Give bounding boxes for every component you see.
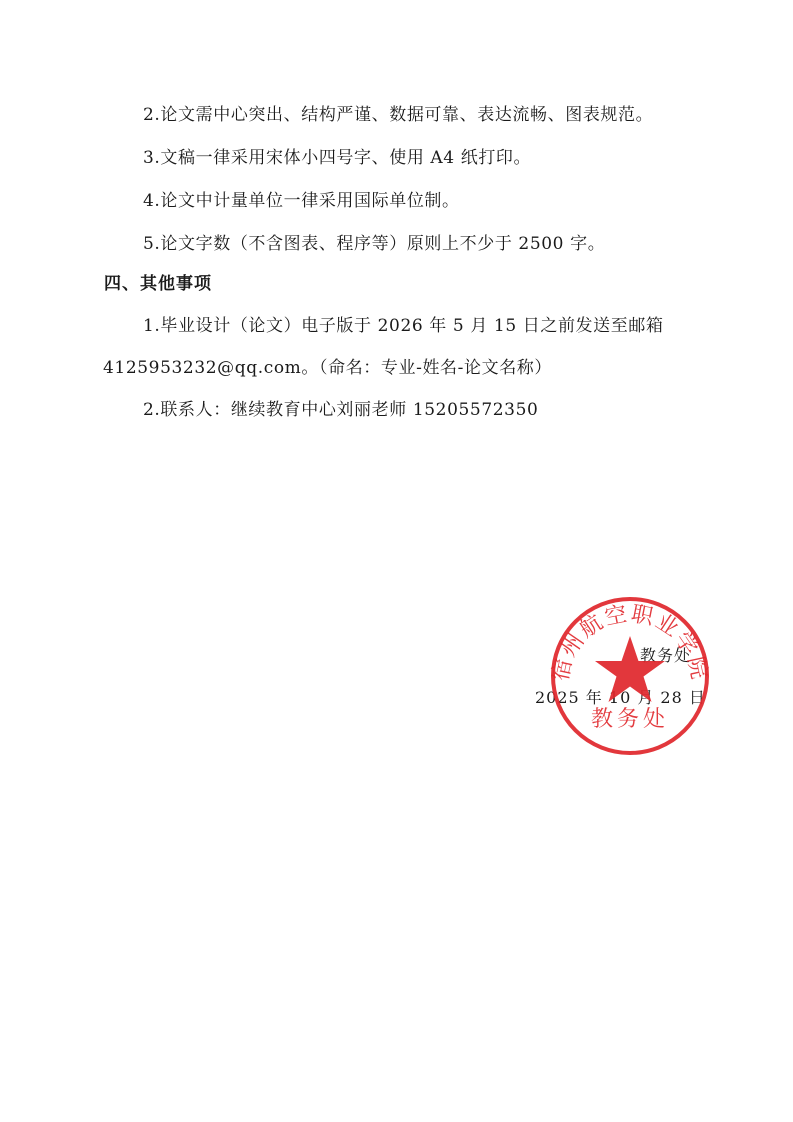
other-item-1-line-1: 1.毕业设计（论文）电子版于 2026 年 5 月 15 日之前发送至邮箱 bbox=[143, 315, 664, 337]
requirement-item-3: 3.文稿一律采用宋体小四号字、使用 A4 纸打印。 bbox=[143, 147, 531, 169]
section-heading-other-matters: 四、其他事项 bbox=[104, 273, 212, 295]
requirement-item-2: 2.论文需中心突出、结构严谨、数据可靠、表达流畅、图表规范。 bbox=[143, 104, 653, 126]
other-item-1-line-2: 4125953232@qq.com。（命名：专业-姓名-论文名称） bbox=[103, 357, 552, 379]
requirement-item-5: 5.论文字数（不含图表、程序等）原则上不少于 2500 字。 bbox=[143, 233, 605, 255]
requirement-item-4: 4.论文中计量单位一律采用国际单位制。 bbox=[143, 190, 460, 212]
official-seal-icon: 宿州航空职业学院 教务处 bbox=[548, 594, 712, 758]
other-item-2-contact: 2.联系人：继续教育中心刘丽老师 15205572350 bbox=[143, 399, 538, 421]
star-icon bbox=[595, 636, 665, 702]
svg-text:教务处: 教务处 bbox=[591, 707, 669, 732]
